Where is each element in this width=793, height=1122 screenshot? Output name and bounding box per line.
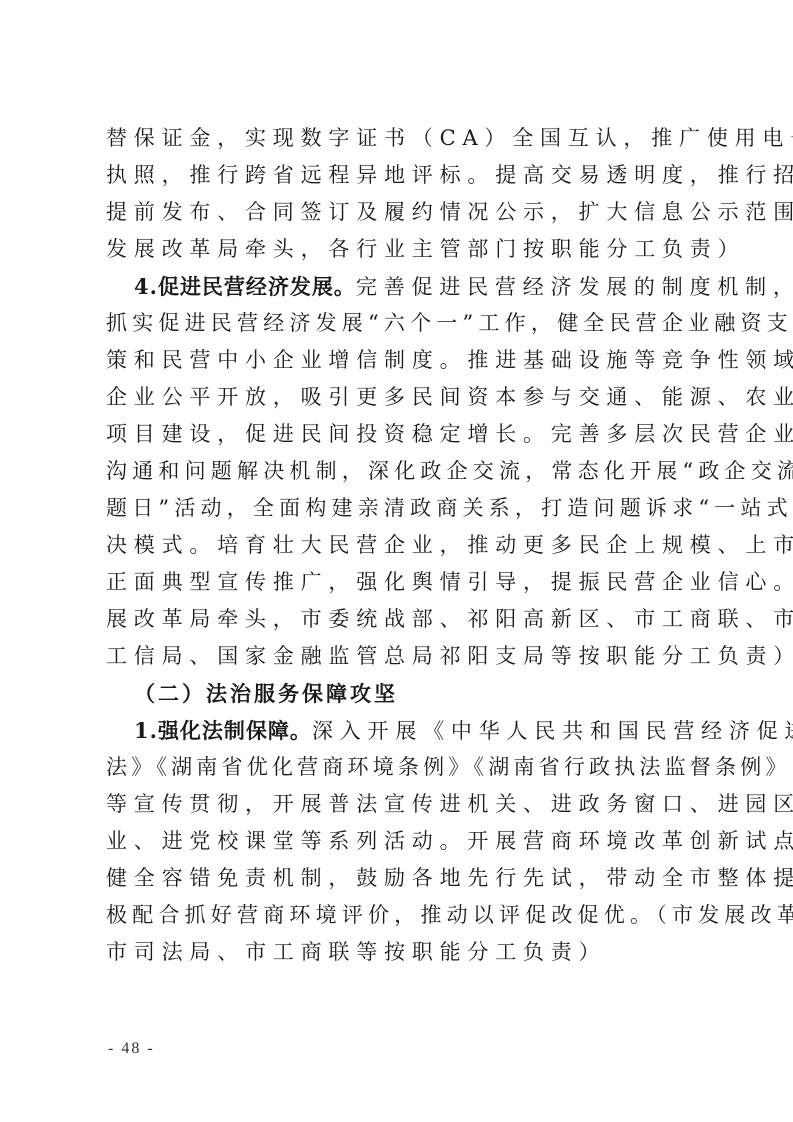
paragraph-title: 1.强化法制保障。: [134, 718, 312, 743]
text-line: 题日”活动，全面构建亲清政商关系，打造问题诉求“一站式”解: [106, 490, 696, 527]
text-line: 法》《湖南省优化营商环境条例》《湖南省行政执法监督条例》: [106, 749, 696, 786]
page-number: - 48 -: [108, 1040, 155, 1058]
paragraph-private-economy: 4.促进民营经济发展。完善促进民营经济发展的制度机制， 抓实促进民营经济发展“六…: [106, 268, 696, 675]
document-body: 替保证金，实现数字证书（CA）全国互认，推广使用电子营业 执照，推行跨省远程异地…: [106, 120, 696, 971]
text-run: 深入开展《中华人民共和国民营经济促进: [312, 719, 793, 743]
text-line: 等宣传贯彻，开展普法宣传进机关、进政务窗口、进园区、进企: [106, 786, 696, 823]
text-run: 完善促进民营经济发展的制度机制，: [356, 275, 793, 299]
text-line: 提前发布、合同签订及履约情况公示，扩大信息公示范围。（市: [106, 194, 696, 231]
text-line: 抓实促进民营经济发展“六个一”工作，健全民营企业融资支持政: [106, 305, 696, 342]
text-line: 市司法局、市工商联等按职能分工负责）: [106, 934, 696, 971]
paragraph-legal-guarantee: 1.强化法制保障。深入开展《中华人民共和国民营经济促进 法》《湖南省优化营商环境…: [106, 712, 696, 971]
paragraph-public-resource-trading: 替保证金，实现数字证书（CA）全国互认，推广使用电子营业 执照，推行跨省远程异地…: [106, 120, 696, 268]
text-line: 健全容错免责机制，鼓励各地先行先试，带动全市整体提升。积: [106, 860, 696, 897]
paragraph-title: 4.促进民营经济发展。: [134, 274, 356, 299]
text-line: 策和民营中小企业增信制度。推进基础设施等竞争性领域向民营: [106, 342, 696, 379]
text-line: 展改革局牵头，市委统战部、祁阳高新区、市工商联、市科技和: [106, 601, 696, 638]
text-line: 替保证金，实现数字证书（CA）全国互认，推广使用电子营业: [106, 120, 696, 157]
text-line: 企业公平开放，吸引更多民间资本参与交通、能源、农业等重大: [106, 379, 696, 416]
text-line: 发展改革局牵头，各行业主管部门按职能分工负责）: [106, 231, 696, 268]
text-line: 业、进党校课堂等系列活动。开展营商环境改革创新试点，建立: [106, 823, 696, 860]
text-line: 决模式。培育壮大民营企业，推动更多民企上规模、上市。加强: [106, 527, 696, 564]
text-line: 项目建设，促进民间投资稳定增长。完善多层次民营企业常态化: [106, 416, 696, 453]
paragraph-first-line: 4.促进民营经济发展。完善促进民营经济发展的制度机制，: [106, 268, 696, 305]
text-line: 沟通和问题解决机制，深化政企交流，常态化开展“政企交流主: [106, 453, 696, 490]
text-line: 执照，推行跨省远程异地评标。提高交易透明度，推行招标计划: [106, 157, 696, 194]
text-line: 极配合抓好营商环境评价，推动以评促改促优。（市发展改革局、: [106, 897, 696, 934]
text-line: 工信局、国家金融监管总局祁阳支局等按职能分工负责）: [106, 638, 696, 675]
paragraph-first-line: 1.强化法制保障。深入开展《中华人民共和国民营经济促进: [106, 712, 696, 749]
text-line: 正面典型宣传推广，强化舆情引导，提振民营企业信心。（市发: [106, 564, 696, 601]
section-heading: （二）法治服务保障攻坚: [106, 675, 696, 712]
